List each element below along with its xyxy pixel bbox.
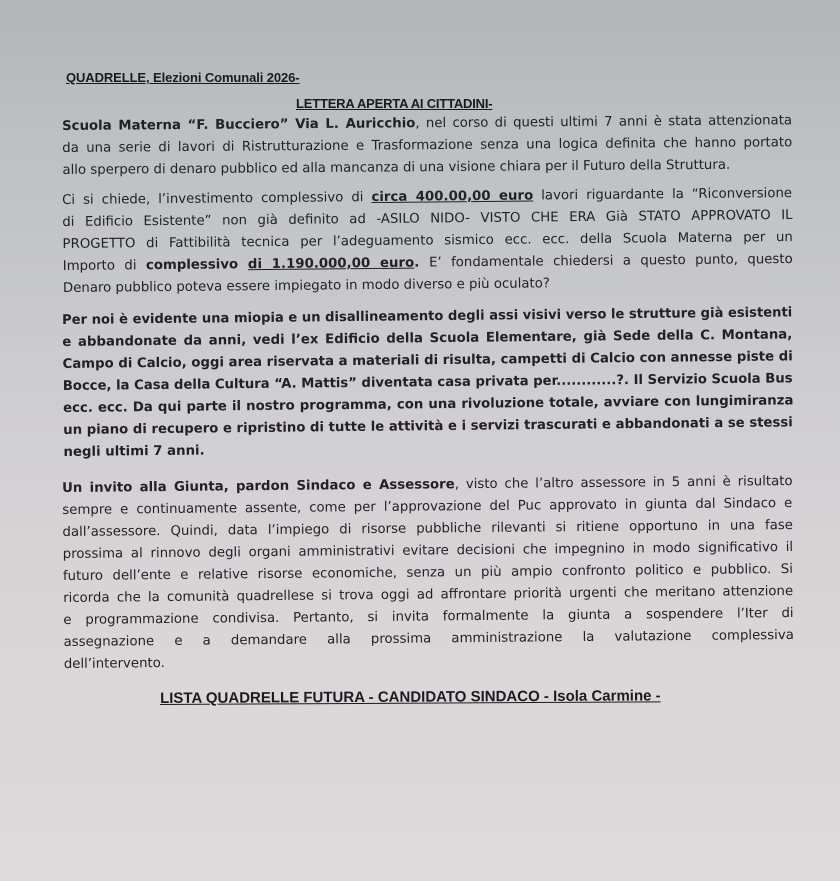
body-text: allo sperpero di denaro pubblico ed alla… — [62, 158, 730, 178]
signature-line: LISTA QUADRELLE FUTURA - CANDIDATO SINDA… — [160, 687, 661, 707]
body-text: sempre e continuamente assente, come per… — [62, 496, 792, 518]
body-text: futuro dell’ente e relative risorse econ… — [63, 562, 793, 584]
paragraph-invito-giunta: Un invito alla Giunta, pardon Sindaco e … — [62, 471, 794, 676]
body-text: Denaro pubblico poteva essere impiegato … — [63, 276, 550, 296]
body-text: lavori riguardante la “Riconversione — [533, 186, 792, 203]
paragraph-programma: Per noi è evidente una miopia e un disal… — [62, 302, 794, 464]
body-text: PROGETTO di Fattibilità tecnica per l’ad… — [62, 230, 792, 252]
body-text: dell’intervento. — [64, 656, 165, 672]
body-text: Importo di — [63, 258, 146, 274]
emphasized-text: . — [414, 255, 429, 270]
emphasized-text: di 1.190.000,00 euro — [248, 256, 414, 273]
body-text: assegnazione e a demandare alla prossima… — [64, 628, 794, 650]
body-text: prossima al rinnovo degli organi amminis… — [63, 540, 793, 562]
document-title: LETTERA APERTA AI CITTADINI- — [296, 96, 492, 111]
body-text: da una serie di lavori di Ristrutturazio… — [62, 135, 792, 156]
emphasized-text: Scuola Materna “F. Bucciero” Via L. Auri… — [62, 116, 415, 134]
body-text: negli ultimi 7 anni. — [63, 444, 204, 460]
body-text: ricorda che la comunità quadrellese si t… — [63, 584, 793, 606]
paragraph-line: allo sperpero di denaro pubblico ed alla… — [62, 154, 792, 182]
body-text: Ci si chiede, l’investimento complessivo… — [62, 190, 372, 208]
paragraph-scuola-materna: Scuola Materna “F. Bucciero” Via L. Auri… — [62, 110, 792, 182]
emphasized-text: complessivo — [146, 257, 248, 273]
body-text: , nel corso di questi ultimi 7 anni è st… — [415, 113, 792, 131]
printed-letter-page: QUADRELLE, Elezioni Comunali 2026- LETTE… — [0, 0, 840, 881]
body-text: Per noi è evidente una miopia e un disal… — [62, 305, 792, 328]
emphasized-text: circa 400.00,00 euro — [371, 188, 533, 205]
body-text: , visto che l’altro assessore in 5 anni … — [455, 474, 793, 492]
body-text: Bocce, la Casa della Cultura “A. Mattis”… — [63, 371, 793, 394]
document-header: QUADRELLE, Elezioni Comunali 2026- — [66, 70, 300, 85]
paragraph-investimento: Ci si chiede, l’investimento complessivo… — [62, 183, 793, 300]
body-text: un piano di recupero e ripristino di tut… — [63, 415, 793, 438]
body-text: e programmazione condivisa. Pertanto, si… — [63, 606, 793, 628]
body-text: E’ fondamentale chiedersi a questo punto… — [429, 252, 793, 270]
body-text: di Edificio Esistente” non già definito … — [62, 208, 792, 230]
emphasized-text: Un invito alla Giunta, pardon Sindaco e … — [62, 477, 455, 496]
body-text: dall’assessore. Quindi, data l’impiego d… — [62, 518, 793, 540]
